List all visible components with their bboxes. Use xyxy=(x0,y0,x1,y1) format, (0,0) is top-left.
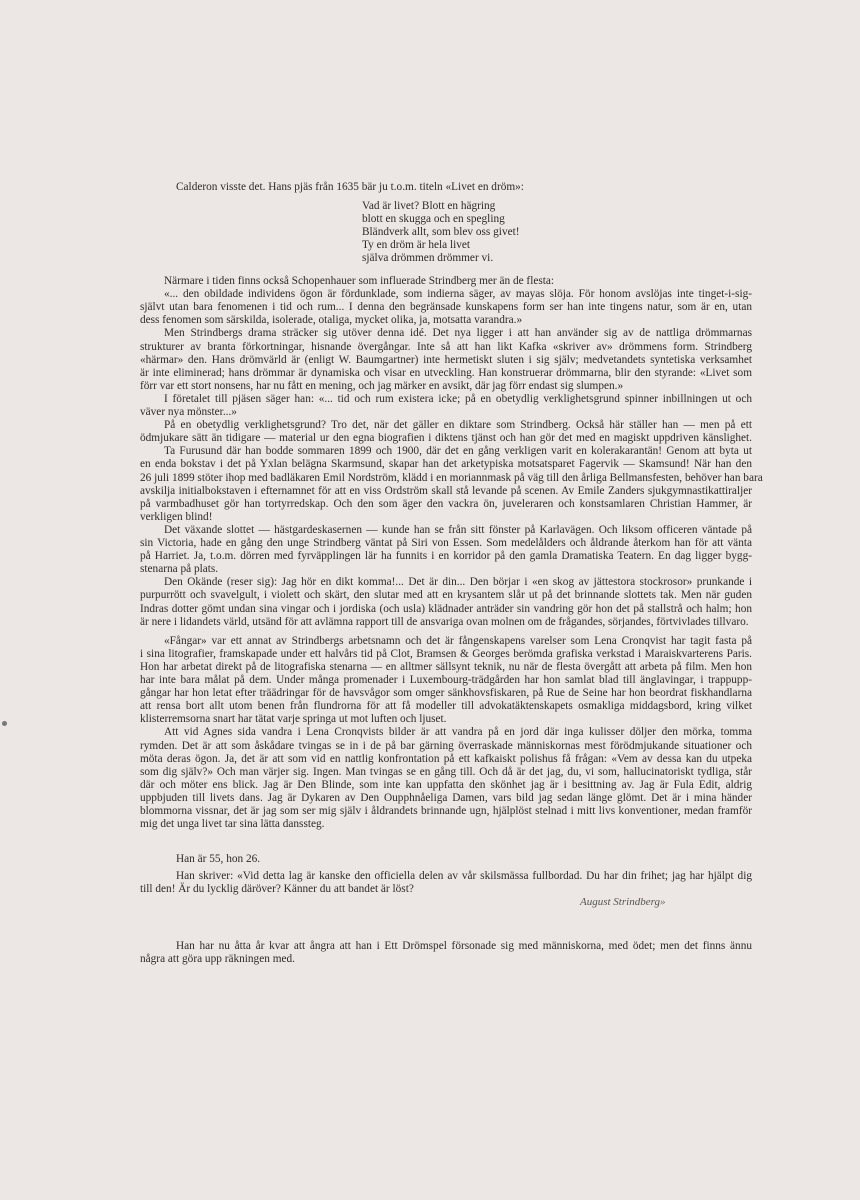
body-line: dess fenomen som särskilda, isolerade, o… xyxy=(140,314,752,327)
body-line: har inte bara målat på dem. Under många … xyxy=(140,674,752,687)
body-line: självt utan bara fenomenen i tid och rum… xyxy=(140,301,752,314)
body-line: mig det unga livet tar sina lätta dansst… xyxy=(140,818,752,831)
body-line: Att vid Agnes sida vandra i Lena Cronqvi… xyxy=(140,726,752,739)
signature: August Strindberg» xyxy=(580,896,665,908)
poem-line: Vad är livet? Blott en hägring xyxy=(362,200,495,213)
body-line: är inte eliminerad; hans drömmar är dyna… xyxy=(140,367,752,380)
body-line: ödmjukare sätt än tidigare — material ur… xyxy=(140,432,752,445)
intro-line: Calderon visste det. Hans pjäs från 1635… xyxy=(140,181,752,194)
body-line: uppbjuden till livets dans. Jag är Dykar… xyxy=(140,792,752,805)
body-line: sin Victoria, hade en gång den unge Stri… xyxy=(140,537,752,550)
body-line: förr var ett stort nonsens, har nu fått … xyxy=(140,380,752,393)
body-line: rymden. Det är att som åskådare tvingas … xyxy=(140,740,752,753)
body-line: en enda bokstav i det på Yxlan belägna S… xyxy=(140,458,752,471)
poem-line: Ty en dröm är hela livet xyxy=(362,239,470,252)
closing-line: Han har nu åtta år kvar att ångra att ha… xyxy=(140,940,752,953)
body-line: stenarna på plats. xyxy=(140,563,752,576)
body-line: «Fångar» var ett annat av Strindbergs ar… xyxy=(140,635,752,648)
body-line: att rensa bort allt utom benen från flun… xyxy=(140,700,752,713)
body-line: på varmbadhuset gör han tortyrredskap. O… xyxy=(140,498,752,511)
body-line: 26 juli 1899 stöter ihop med badläkaren … xyxy=(140,472,752,485)
poem-line: blott en skugga och en spegling xyxy=(362,213,505,226)
body-line: Indras dotter gömt undan sina vingar och… xyxy=(140,603,752,616)
body-line: strukturer av branta förkortningar, hisn… xyxy=(140,341,752,354)
paper-speck xyxy=(2,721,7,726)
body-line: avskilja initialbokstaven i efternamnet … xyxy=(140,485,752,498)
body-line: Hon har arbetat direkt på de litografisk… xyxy=(140,661,752,674)
body-line: verkligen blind! xyxy=(140,511,752,524)
body-line: I företalet till pjäsen säger han: «... … xyxy=(140,393,752,406)
body-line: Närmare i tiden finns också Schopenhauer… xyxy=(140,275,752,288)
body-line: på Harriet. Ja, t.o.m. dörren med fyrväp… xyxy=(140,550,752,563)
body-line: «... den obildade individens ögon är för… xyxy=(140,288,752,301)
body-line: i sina litografier, framskapade under et… xyxy=(140,648,752,661)
poem-line: Bländverk allt, som blev oss givet! xyxy=(362,226,520,239)
ages-line: Han är 55, hon 26. xyxy=(140,853,752,866)
letter-line: Han skriver: «Vid detta lag är kanske de… xyxy=(140,870,752,883)
body-line: är nere i lidandets värld, utsänd för at… xyxy=(140,616,752,629)
body-line: möta deras ögon. Ja, det är att som vid … xyxy=(140,753,752,766)
body-line: väver nya mönster...» xyxy=(140,406,752,419)
document-page: Calderon visste det. Hans pjäs från 1635… xyxy=(0,0,860,1200)
body-line: gångar har hon letat efter träädringar f… xyxy=(140,687,752,700)
body-line: «härmar» den. Hans drömvärld är (enligt … xyxy=(140,354,752,367)
body-line: klisterremsorna snart har tätat varje sp… xyxy=(140,713,752,726)
body-line: purpurrött och svavelgult, i violett och… xyxy=(140,589,752,602)
poem-line: själva drömmen drömmer vi. xyxy=(362,252,493,265)
body-line: som dig själv?» Och man värjer sig. Inge… xyxy=(140,766,752,779)
body-line: där och möter ens blick. Jag är Den Blin… xyxy=(140,779,752,792)
closing-line: några att göra upp räkningen med. xyxy=(140,953,752,966)
body-line: Men Strindbergs drama sträcker sig utöve… xyxy=(140,327,752,340)
body-line: På en obetydlig verklighetsgrund? Tro de… xyxy=(140,419,752,432)
body-line: Den Okände (reser sig): Jag hör en dikt … xyxy=(140,576,752,589)
body-line: Det växande slottet — hästgardeskasernen… xyxy=(140,524,752,537)
letter-line: till den! Är du lycklig däröver? Känner … xyxy=(140,883,752,896)
body-line: Ta Furusund där han bodde sommaren 1899 … xyxy=(140,445,752,458)
body-line: blommorna vissnar, det är jag som ser mi… xyxy=(140,805,752,818)
